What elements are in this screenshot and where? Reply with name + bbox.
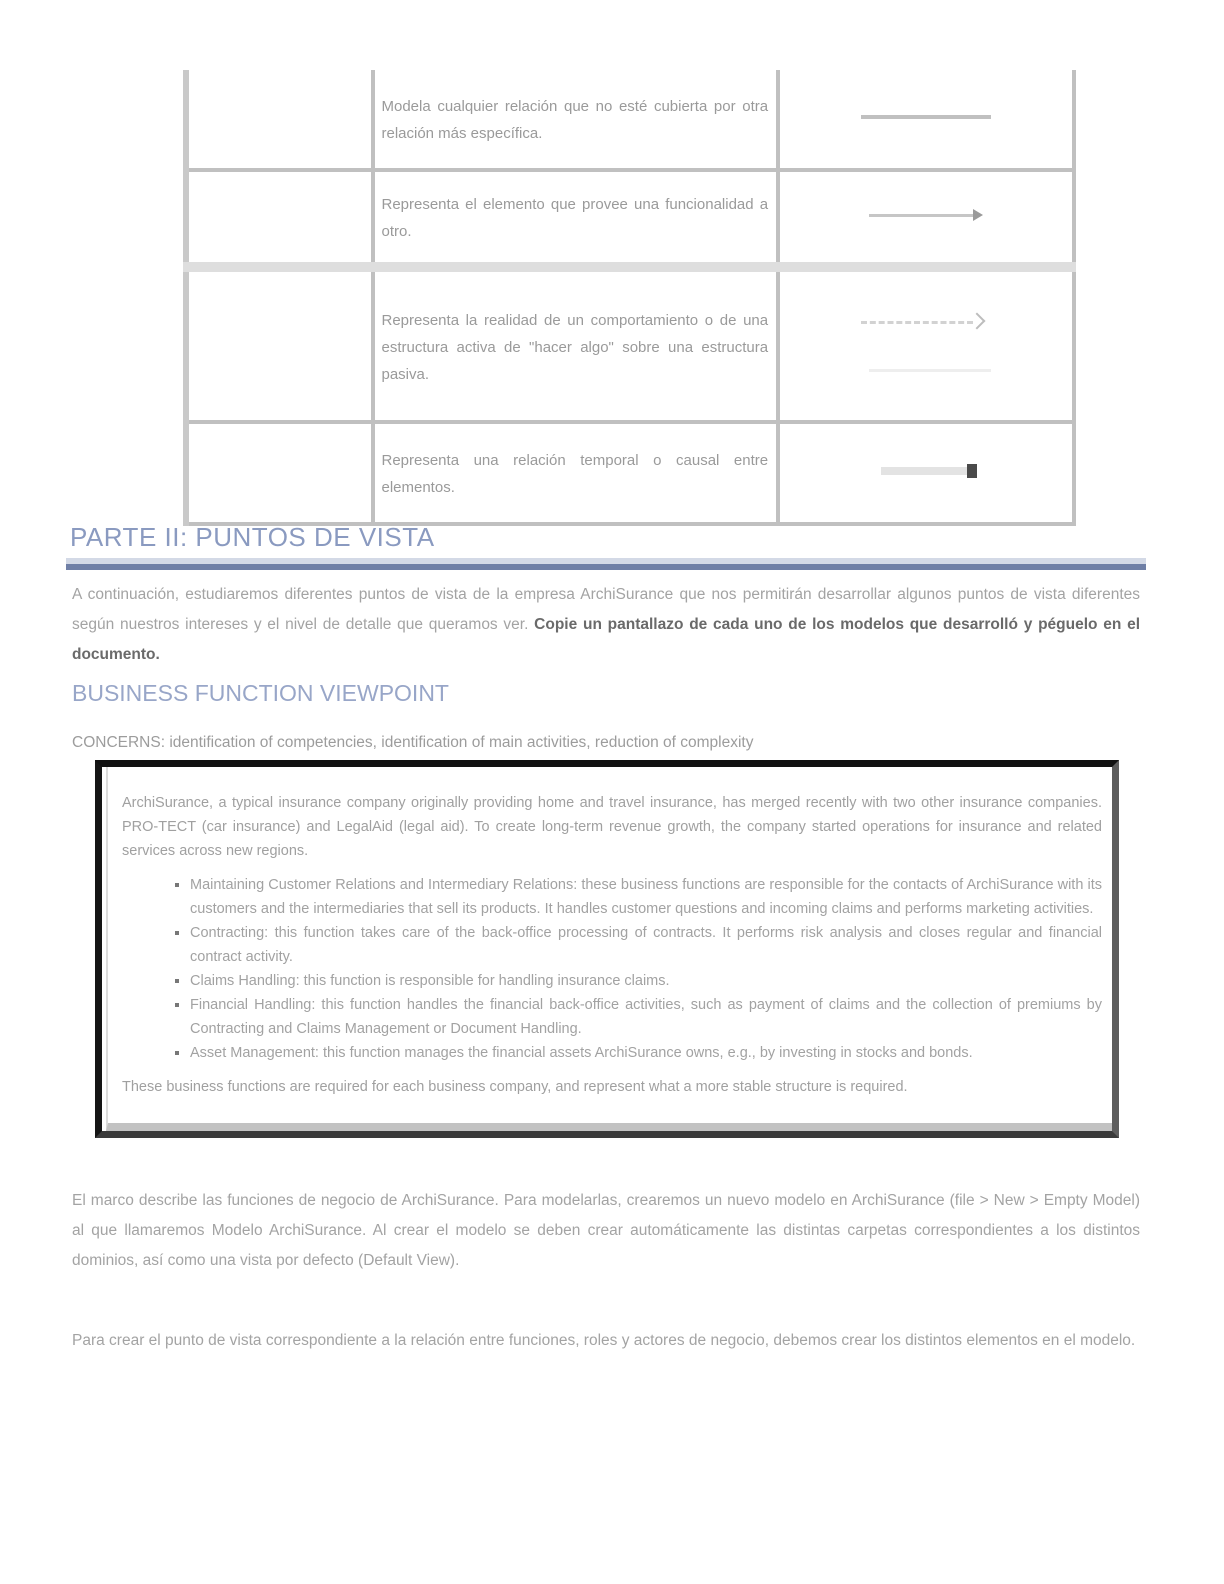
relationship-name-cell	[186, 267, 373, 422]
relationship-description-cell: Modela cualquier relación que no esté cu…	[373, 70, 778, 170]
relationship-name-cell	[186, 70, 373, 170]
table-row: Representa el elemento que provee una fu…	[186, 170, 1074, 267]
relationship-name-cell	[186, 422, 373, 524]
relationship-description: Representa una relación temporal o causa…	[381, 447, 768, 501]
list-item: Asset Management: this function manages …	[190, 1041, 1102, 1065]
list-item: Claims Handling: this function is respon…	[190, 969, 1102, 993]
relationship-description: Representa el elemento que provee una fu…	[381, 191, 768, 245]
triggering-arrow-icon	[861, 464, 991, 478]
relationship-notation-cell	[778, 70, 1074, 170]
relationship-description: Representa la realidad de un comportamie…	[381, 307, 768, 388]
quote-box: ArchiSurance, a typical insurance compan…	[95, 760, 1119, 1138]
quote-box-content: ArchiSurance, a typical insurance compan…	[106, 767, 1112, 1131]
access-dashed-arrow-icon	[861, 315, 991, 329]
relationship-name-cell	[186, 170, 373, 267]
association-line-icon	[861, 110, 991, 124]
list-item: Financial Handling: this function handle…	[190, 993, 1102, 1041]
box-intro: ArchiSurance, a typical insurance compan…	[122, 791, 1102, 863]
faint-line-icon	[861, 363, 991, 377]
relationship-description: Modela cualquier relación que no esté cu…	[381, 93, 768, 147]
relationship-description-cell: Representa la realidad de un comportamie…	[373, 267, 778, 422]
body-paragraph: El marco describe las funciones de negoc…	[72, 1186, 1140, 1276]
subsection-heading: BUSINESS FUNCTION VIEWPOINT	[72, 680, 449, 707]
table-row: Representa una relación temporal o causa…	[186, 422, 1074, 524]
table-row: Modela cualquier relación que no esté cu…	[186, 70, 1074, 170]
relationship-notation-cell	[778, 422, 1074, 524]
relationship-notation-cell	[778, 267, 1074, 422]
heading-rule-dark	[66, 564, 1146, 570]
business-functions-list: Maintaining Customer Relations and Inter…	[122, 873, 1102, 1065]
section-heading: PARTE II: PUNTOS DE VISTA	[70, 522, 435, 553]
concerns-line: CONCERNS: identification of competencies…	[72, 728, 1140, 758]
used-by-arrow-icon	[861, 208, 991, 222]
intro-paragraph: A continuación, estudiaremos diferentes …	[72, 580, 1140, 670]
relationship-description-cell: Representa una relación temporal o causa…	[373, 422, 778, 524]
body-paragraph: Para crear el punto de vista correspondi…	[72, 1326, 1140, 1356]
table-row: Representa la realidad de un comportamie…	[186, 267, 1074, 422]
relationships-table: Modela cualquier relación que no esté cu…	[183, 70, 1076, 526]
list-item: Contracting: this function takes care of…	[190, 921, 1102, 969]
relationship-notation-cell	[778, 170, 1074, 267]
box-outro: These business functions are required fo…	[122, 1075, 1102, 1099]
list-item: Maintaining Customer Relations and Inter…	[190, 873, 1102, 921]
relationship-description-cell: Representa el elemento que provee una fu…	[373, 170, 778, 267]
